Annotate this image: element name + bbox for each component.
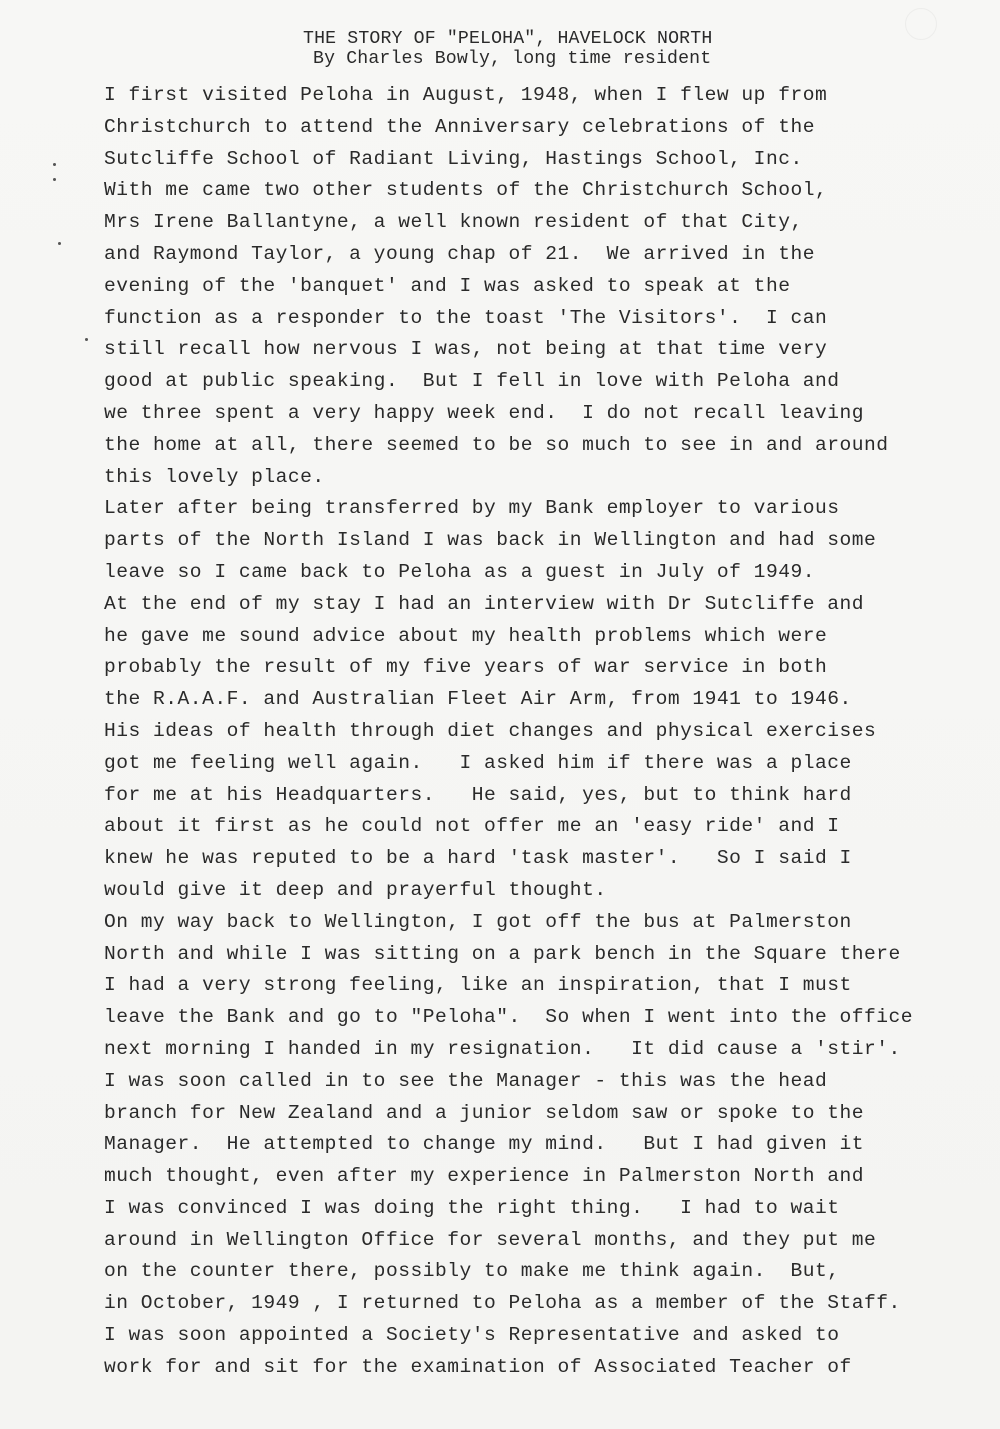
text-line: I was soon appointed a Society's Represe… xyxy=(104,1320,984,1352)
text-line: would give it deep and prayerful thought… xyxy=(104,875,984,907)
text-line: good at public speaking. But I fell in l… xyxy=(104,366,984,398)
text-line: evening of the 'banquet' and I was asked… xyxy=(104,271,984,303)
margin-dot xyxy=(58,242,61,245)
text-line: in October, 1949 , I returned to Peloha … xyxy=(104,1288,984,1320)
margin-dot xyxy=(85,338,88,341)
text-line: about it first as he could not offer me … xyxy=(104,811,984,843)
text-line: Manager. He attempted to change my mind.… xyxy=(104,1129,984,1161)
text-line: At the end of my stay I had an interview… xyxy=(104,589,984,621)
text-line: work for and sit for the examination of … xyxy=(104,1352,984,1384)
text-line: next morning I handed in my resignation.… xyxy=(104,1034,984,1066)
text-line: still recall how nervous I was, not bein… xyxy=(104,334,984,366)
text-line: got me feeling well again. I asked him i… xyxy=(104,748,984,780)
margin-dot xyxy=(53,163,56,166)
text-line: I had a very strong feeling, like an ins… xyxy=(104,970,984,1002)
document-body: I first visited Peloha in August, 1948, … xyxy=(104,80,984,1384)
text-line: this lovely place. xyxy=(104,462,984,494)
text-line: With me came two other students of the C… xyxy=(104,175,984,207)
text-line: Christchurch to attend the Anniversary c… xyxy=(104,112,984,144)
text-line: the R.A.A.F. and Australian Fleet Air Ar… xyxy=(104,684,984,716)
text-line: he gave me sound advice about my health … xyxy=(104,621,984,653)
text-line: we three spent a very happy week end. I … xyxy=(104,398,984,430)
text-line: branch for New Zealand and a junior seld… xyxy=(104,1098,984,1130)
text-line: I was convinced I was doing the right th… xyxy=(104,1193,984,1225)
text-line: His ideas of health through diet changes… xyxy=(104,716,984,748)
typewritten-page: THE STORY OF "PELOHA", HAVELOCK NORTH By… xyxy=(0,0,1000,1429)
text-line: and Raymond Taylor, a young chap of 21. … xyxy=(104,239,984,271)
text-line: Mrs Irene Ballantyne, a well known resid… xyxy=(104,207,984,239)
text-line: leave so I came back to Peloha as a gues… xyxy=(104,557,984,589)
margin-dot xyxy=(53,178,56,181)
text-line: leave the Bank and go to "Peloha". So wh… xyxy=(104,1002,984,1034)
document-title: THE STORY OF "PELOHA", HAVELOCK NORTH xyxy=(303,28,712,50)
text-line: much thought, even after my experience i… xyxy=(104,1161,984,1193)
text-line: for me at his Headquarters. He said, yes… xyxy=(104,780,984,812)
text-line: probably the result of my five years of … xyxy=(104,652,984,684)
document-byline: By Charles Bowly, long time resident xyxy=(313,48,711,70)
text-line: the home at all, there seemed to be so m… xyxy=(104,430,984,462)
text-line: North and while I was sitting on a park … xyxy=(104,939,984,971)
text-line: function as a responder to the toast 'Th… xyxy=(104,303,984,335)
text-line: knew he was reputed to be a hard 'task m… xyxy=(104,843,984,875)
text-line: On my way back to Wellington, I got off … xyxy=(104,907,984,939)
text-line: parts of the North Island I was back in … xyxy=(104,525,984,557)
text-line: around in Wellington Office for several … xyxy=(104,1225,984,1257)
text-line: Sutcliffe School of Radiant Living, Hast… xyxy=(104,144,984,176)
text-line: on the counter there, possibly to make m… xyxy=(104,1256,984,1288)
corner-stamp-mark xyxy=(905,8,937,40)
text-line: I was soon called in to see the Manager … xyxy=(104,1066,984,1098)
text-line: Later after being transferred by my Bank… xyxy=(104,493,984,525)
text-line: I first visited Peloha in August, 1948, … xyxy=(104,80,984,112)
